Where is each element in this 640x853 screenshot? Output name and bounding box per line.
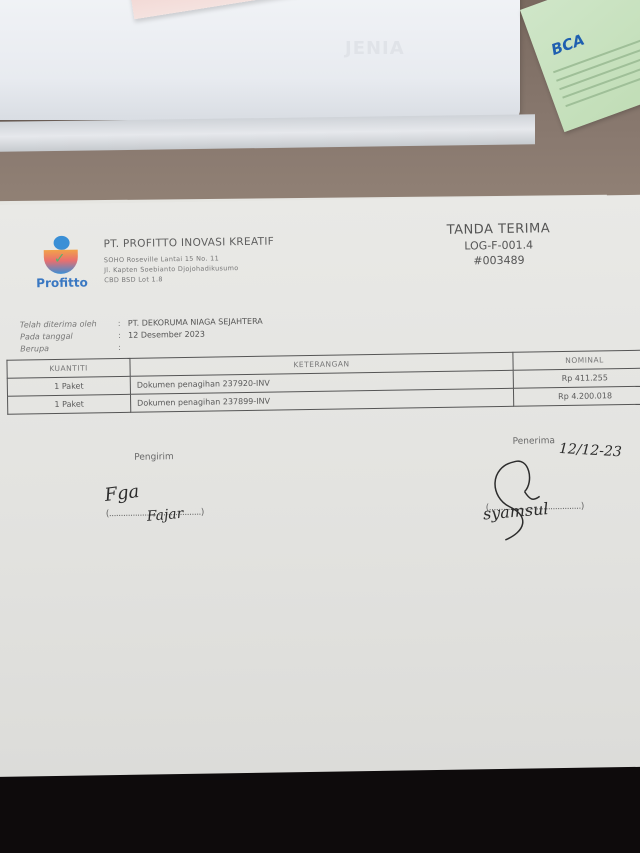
company-logo: ✓ Profitto [35,235,96,292]
meta-separator: : [118,342,128,351]
company-address: SOHO Roseville Lantai 15 No. 11 Jl. Kapt… [104,253,275,286]
meta-value: PT. DEKORUMA NIAGA SEJAHTERA [128,316,263,327]
title-block: TANDA TERIMA LOG-F-001.4 #003489 [428,221,569,268]
receipt-document: ✓ Profitto PT. PROFITTO INOVASI KREATIF … [0,194,640,776]
meta-label: Berupa [20,343,118,354]
meta-label: Telah diterima oleh [20,319,118,330]
company-info: PT. PROFITTO INOVASI KREATIF SOHO Rosevi… [104,236,275,286]
meta-separator: : [118,318,128,327]
meta-label: Pada tanggal [20,331,118,342]
cell-amount: Rp 411.255 [513,368,640,388]
pink-card: P337766P019-070 3E [125,0,421,19]
header-amount: NOMINAL [513,350,640,370]
sender-handwritten-name: Fajar [146,506,184,525]
logo-dot-icon [53,236,69,250]
document-number: #003489 [429,253,569,268]
receipt-meta: Telah diterima oleh : PT. DEKORUMA NIAGA… [20,315,263,355]
receiver-signature-scribble [484,451,565,542]
folder-brand-text: JENIA [345,38,405,59]
logo-check-icon: ✓ [54,251,66,267]
cell-amount: Rp 4.200.018 [513,386,640,406]
sender-signature: Fga [103,481,140,506]
cell-quantity: 1 Paket [7,376,130,396]
bca-slip-lines [551,20,640,113]
meta-form: Berupa : [20,339,263,355]
sender-label: Pengirim [74,451,234,464]
document-title: TANDA TERIMA [428,221,568,238]
logo-text: Profitto [36,275,88,290]
form-code: LOG-F-001.4 [429,238,569,253]
receiver-handwritten-date: 12/12-23 [559,441,623,460]
plastic-folder: P337766P019-070 3E JENIA [0,0,520,120]
items-table: KUANTITI KETERANGAN NOMINAL 1 Paket Doku… [6,350,640,415]
cell-quantity: 1 Paket [8,394,131,414]
meta-value: 12 Desember 2023 [128,329,205,339]
company-name: PT. PROFITTO INOVASI KREATIF [104,236,275,251]
meta-separator: : [118,330,128,339]
address-line: CBD BSD Lot 1.8 [104,273,275,286]
header-quantity: KUANTITI [7,358,130,378]
